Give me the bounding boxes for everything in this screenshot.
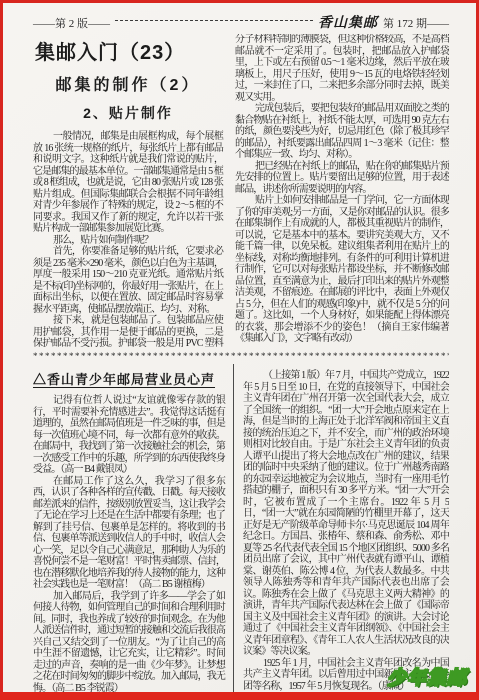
paragraph: 把已经贴在衬纸上的邮品，贴在你的邮集贴片预先安排的位置上。贴片要留出足够的位置，… (235, 161, 449, 196)
article-title: 集邮入门（23） (35, 36, 223, 65)
paragraph: 记得有位哲人说过“友谊就像零存款的银行，平时需要补充情感进去”。我觉得这话挺有道… (33, 395, 225, 476)
page-number: ——第 2 版—— (33, 15, 110, 31)
paragraph: 在邮局工作了这么久，我学习了很多东西，认识了各种各样的宣传戳、日戳。每天接收邮差… (33, 476, 225, 591)
masthead-title: 香山集邮 (318, 12, 378, 32)
paragraph: 那么，贴片如何制作呢？ (33, 235, 223, 247)
paragraph: 完成包装后，要把包装好的邮品用双面胶之类的黏合物贴在衬纸上，衬纸不能太厚，可选用… (235, 103, 449, 161)
right-column-top: 分子材料特制的薄膜袋，但这种价格较高，不是高档邮品就不一定采用了。包装时，把邮品… (233, 34, 449, 348)
left-red-border (0, 0, 3, 700)
voices-body: 记得有位哲人说过“友谊就像零存款的银行，平时需要补充情感进去”。我觉得这话挺有道… (33, 395, 225, 694)
voices-heading: △香山青少年邮局营业员心声 (33, 369, 225, 388)
left-column-bottom: △香山青少年邮局营业员心声 记得有位哲人说过“友谊就像零存款的银行，平时需要补充… (33, 364, 233, 696)
paragraph: （上接第 1 版）年 7 月，中国共产党成立，1922 年 5 月 5 日至 1… (243, 370, 449, 658)
header-dash-rule (115, 20, 313, 21)
paragraph: 一般情况，邮集是由展框构成，每个展框放 16 张统一规格的纸片，每张纸片上都有邮… (33, 131, 223, 235)
top-red-border (0, 0, 479, 3)
right-column-bottom: （上接第 1 版）年 7 月，中国共产党成立，1922 年 5 月 5 日至 1… (233, 364, 449, 696)
newspaper-page: ——第 2 版—— 香山集邮 第 172 期—— 集邮入门（23） 邮集的制作（… (0, 0, 479, 700)
asterisk-separator: ****************************************… (33, 350, 449, 363)
bottom-articles-section: △香山青少年邮局营业员心声 记得有位哲人说过“友谊就像零存款的银行，平时需要补充… (33, 364, 449, 696)
paragraph: 贴片上如何安排邮品是一门学问，它一方面体现了你的审美观;另一方面，又是你对邮品的… (235, 195, 449, 345)
bottom-red-bar (0, 692, 479, 700)
top-articles-section: 集邮入门（23） 邮集的制作（2） 2、贴片制作 一般情况，邮集是由展框构成，每… (33, 34, 449, 348)
paragraph: 首先，你要准备足够的贴片纸，它要求必须是 235 毫米×290 毫米，颜色以白色… (33, 246, 223, 315)
page-content: ——第 2 版—— 香山集邮 第 172 期—— 集邮入门（23） 邮集的制作（… (33, 12, 449, 686)
paragraph: 接下来，就是包装邮品了。包装邮品应使用护邮袋，其作用一是便于邮品的更换，二是保护… (33, 315, 223, 348)
article-section-title: 2、贴片制作 (33, 103, 223, 123)
paragraph: 加入邮局后，我学到了许多——学会了如何接人待物，如何管理自己的时间和合理利用时间… (33, 591, 225, 695)
article-subtitle: 邮集的制作（2） (33, 72, 223, 95)
paragraph: 分子材料特制的薄膜袋，但这种价格较高，不是高档邮品就不一定采用了。包装时，把邮品… (235, 34, 449, 103)
shaonian-jiyou-logo: 少年集邮 (387, 663, 467, 690)
page-header: ——第 2 版—— 香山集邮 第 172 期—— (33, 12, 449, 29)
issue-number: 第 172 期—— (383, 15, 449, 31)
left-column-top: 集邮入门（23） 邮集的制作（2） 2、贴片制作 一般情况，邮集是由展框构成，每… (33, 34, 233, 348)
article-body-left: 一般情况，邮集是由展框构成，每个展框放 16 张统一规格的纸片，每张纸片上都有邮… (33, 131, 223, 348)
